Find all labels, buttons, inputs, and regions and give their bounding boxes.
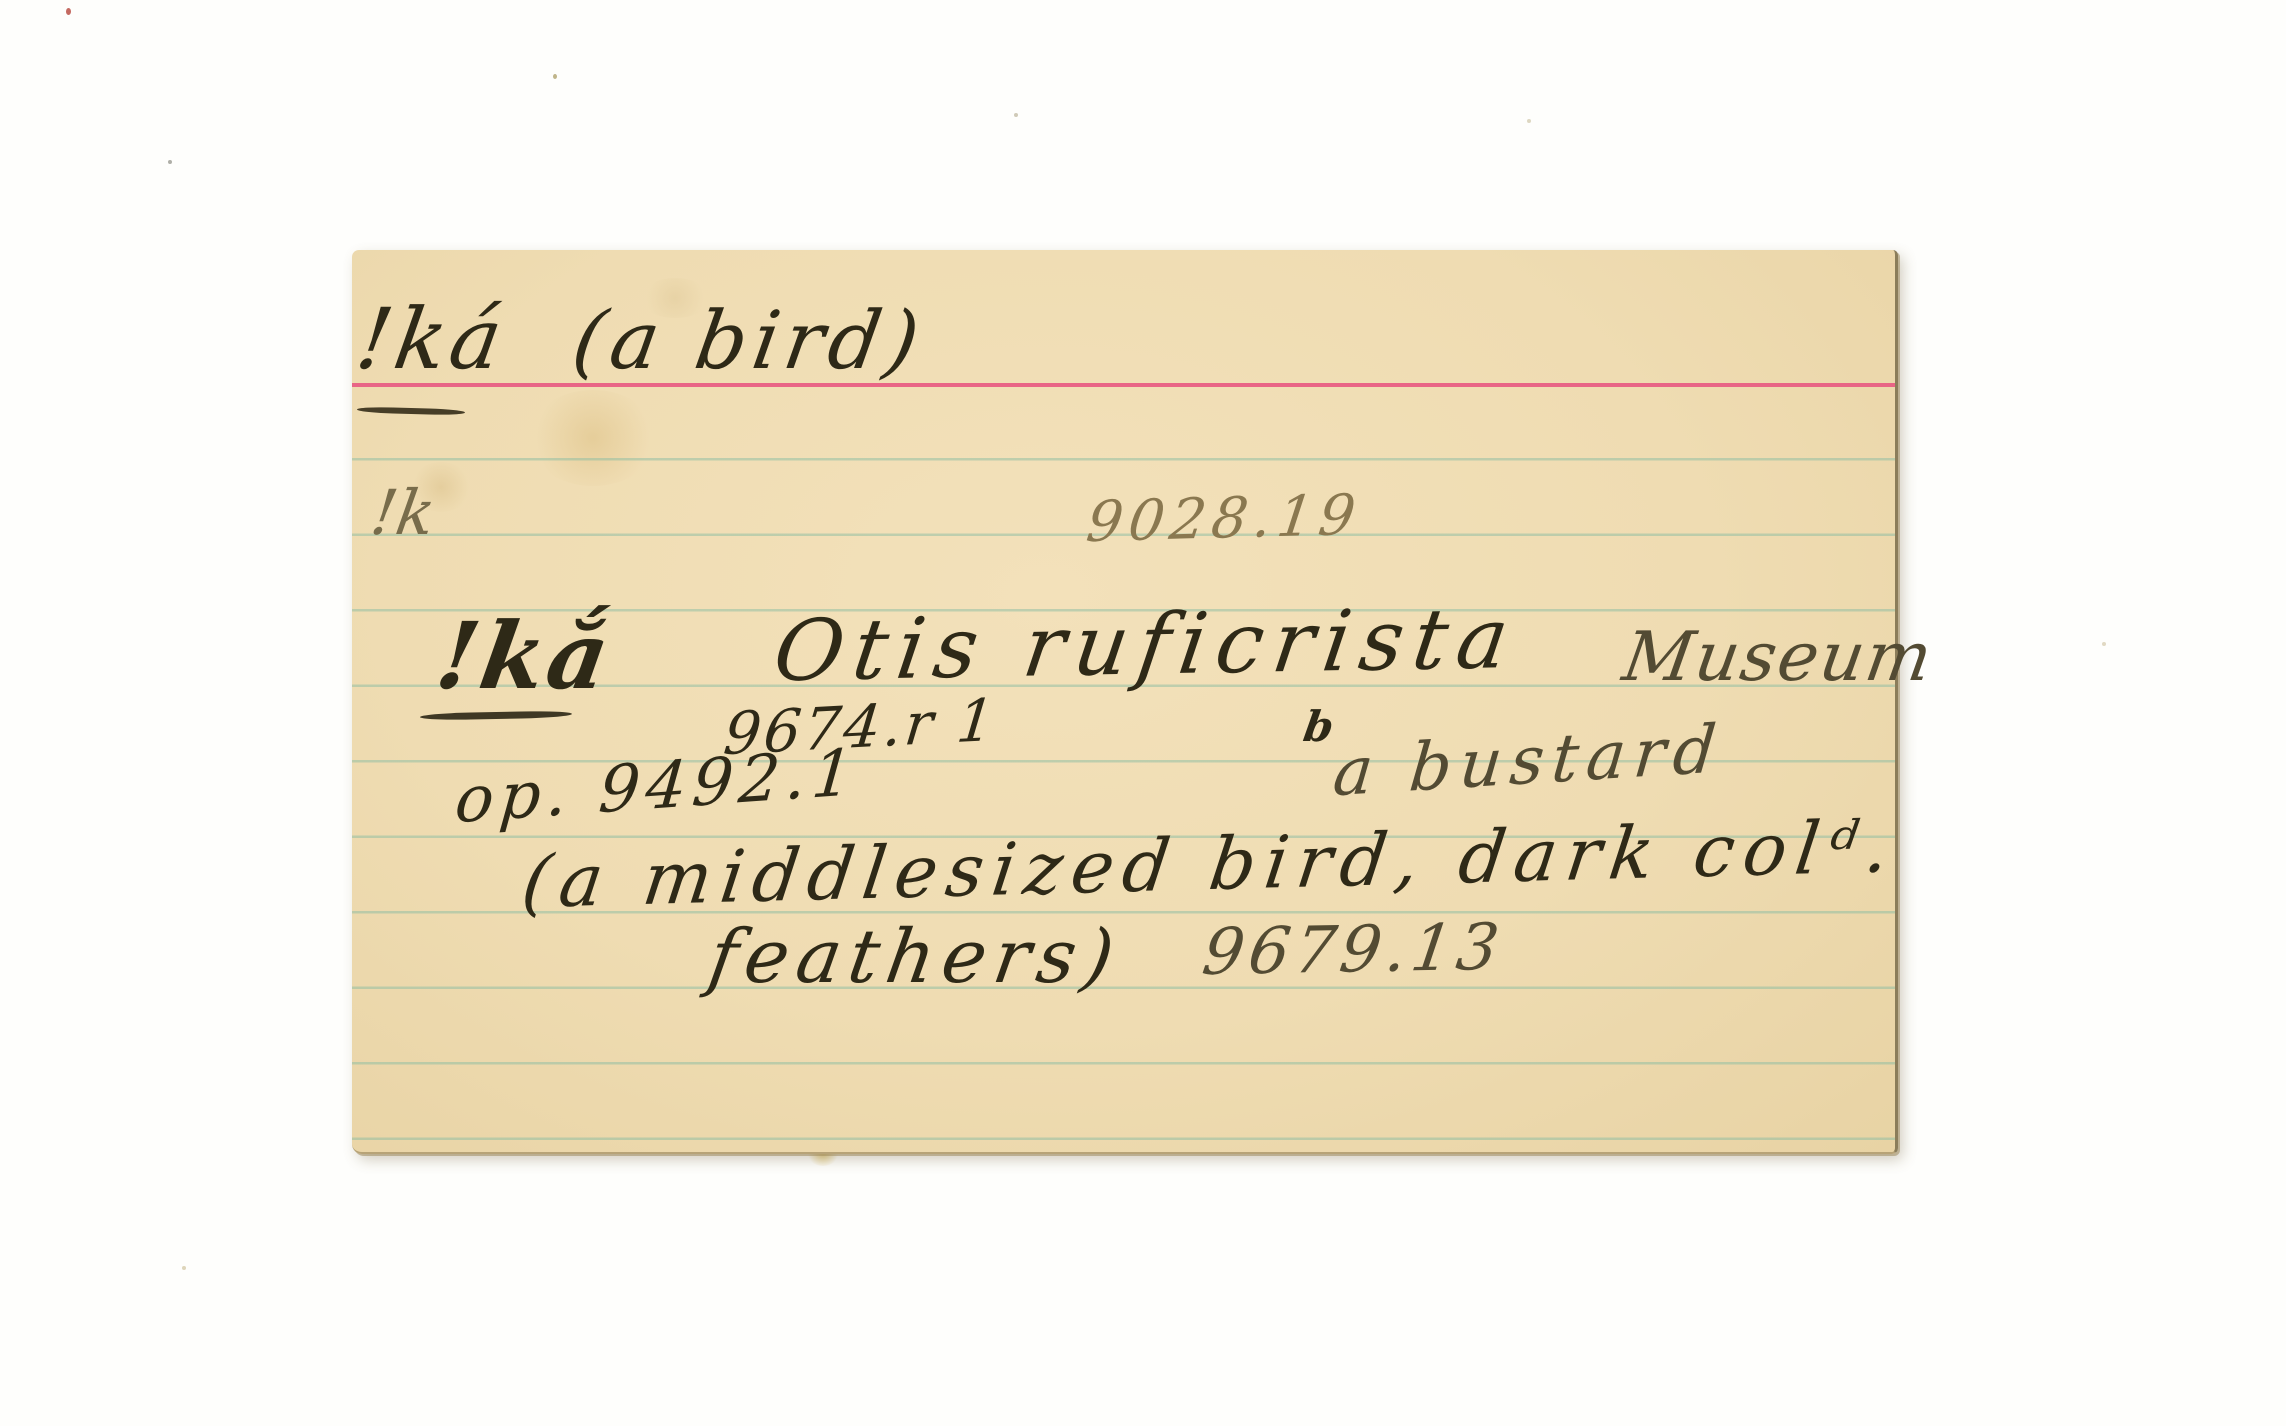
reference-number-b: op. 9492.1 [453,736,861,838]
common-name: a bustard [1331,710,1726,811]
museum-label: Museum [1624,618,1933,697]
reference-number-c: 9679.13 [1203,911,1504,990]
paper-stain [528,390,658,486]
marginal-mark-b: b [1304,702,1333,751]
dust-speck [1014,113,1018,117]
entry-headword-underline [420,710,572,720]
reference-number-top: 9028.19 [1086,483,1361,555]
headword-text: !ká [358,290,505,388]
entry-headword: !kắ [438,602,611,710]
description-line-2: feathers) [710,914,1121,1000]
dust-speck [1527,119,1531,123]
index-card: !ká (a bird) !k 9028.19 !kắ Otis ruficri… [352,250,1898,1154]
species-name: Otis ruficrista [774,589,1518,700]
headword-underline [357,406,465,415]
dust-speck [553,74,557,79]
headword-variant: !k [372,476,434,549]
headword-gloss: (a bird) [574,294,924,387]
dust-speck [168,160,172,164]
scanned-card-photo: !ká (a bird) !k 9028.19 !kắ Otis ruficri… [0,0,2286,1426]
dust-speck [66,8,71,15]
description-line-1: (a middlesized bird, dark colᵈ. [522,804,1899,924]
dust-speck [182,1266,186,1270]
dust-speck [2102,642,2106,646]
